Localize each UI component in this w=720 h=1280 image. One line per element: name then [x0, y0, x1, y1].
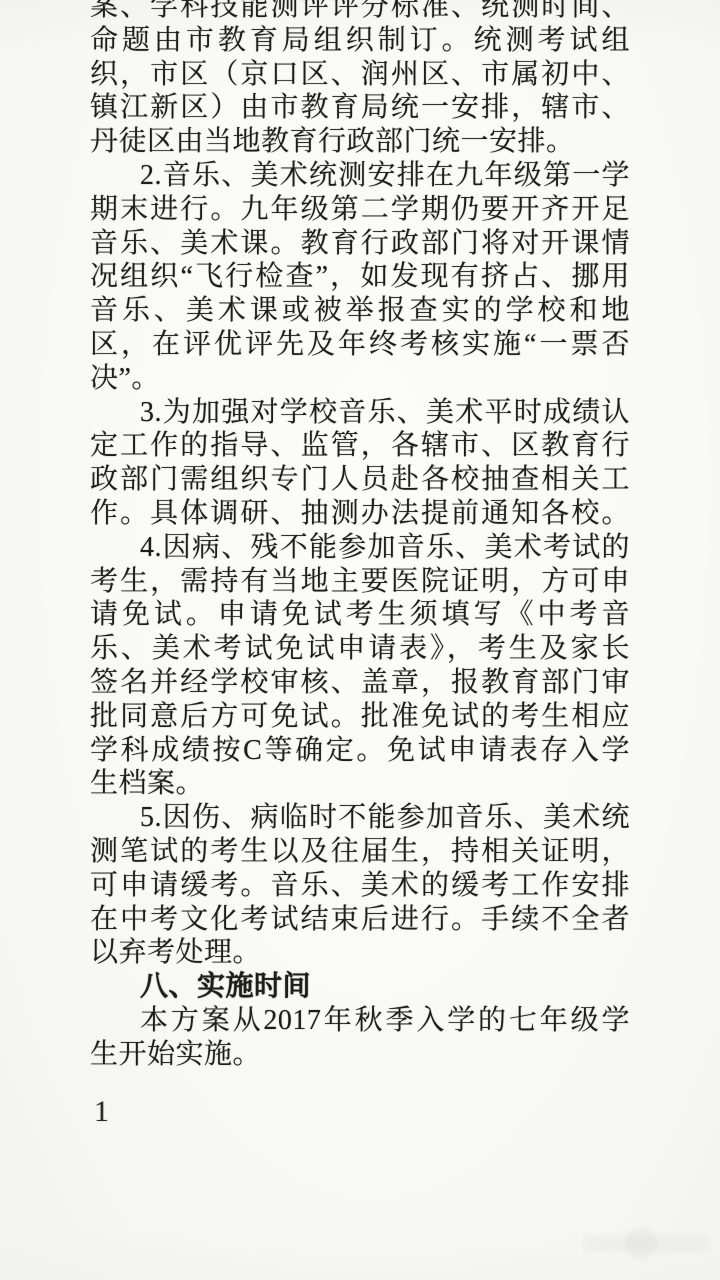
text-line: 织，市区（京口区、润州区、市属初中、 [90, 58, 630, 92]
text-line: 签名并经学校审核、盖章，报教育部门审 [90, 666, 630, 700]
text-line: 学科成绩按C等确定。免试申请表存入学 [90, 734, 630, 768]
text-line: 政部门需组织专门人员赴各校抽查相关工 [90, 463, 630, 497]
screenshot-root: { "document": { "language": "zh-CN", "pa… [0, 0, 720, 1280]
text-line: 镇江新区）由市教育局统一安排，辖市、 [90, 91, 630, 125]
text-line: 批同意后方可免试。批准免试的考生相应 [90, 700, 630, 734]
text-line: 生开始实施。 [90, 1038, 630, 1072]
text-line: 本方案从2017年秋季入学的七年级学 [90, 1004, 630, 1038]
text-line: 请免试。申请免试考生须填写《中考音 [90, 598, 630, 632]
text-line: 况组织“飞行检查”，如发现有挤占、挪用 [90, 260, 630, 294]
text-line: 期末进行。九年级第二学期仍要开齐开足 [90, 193, 630, 227]
text-line: 3.为加强对学校音乐、美术平时成绩认 [90, 396, 630, 430]
text-line: 决”。 [90, 362, 630, 396]
text-line: 以弃考处理。 [90, 936, 630, 970]
text-line: 考生，需持有当地主要医院证明，方可申 [90, 565, 630, 599]
section-heading: 八、实施时间 [90, 970, 630, 1004]
text-line: 区，在评优评先及年终考核实施“一票否 [90, 328, 630, 362]
text-line: 乐、美术考试免试申请表》，考生及家长 [90, 632, 630, 666]
text-line: 在中考文化考试结束后进行。手续不全者 [90, 903, 630, 937]
text-line: 2.音乐、美术统测安排在九年级第一学 [90, 159, 630, 193]
document-body: 案、学科技能测评评分标准、统测时间、命题由市教育局组织制订。统测考试组织，市区（… [90, 0, 630, 1072]
text-line: 命题由市教育局组织制订。统测考试组 [90, 24, 630, 58]
text-line: 丹徒区由当地教育行政部门统一安排。 [90, 125, 630, 159]
text-line: 可申请缓考。音乐、美术的缓考工作安排 [90, 869, 630, 903]
text-line: 测笔试的考生以及往届生，持相关证明， [90, 835, 630, 869]
text-line: 案、学科技能测评评分标准、统测时间、 [90, 0, 630, 24]
text-line: 音乐、美术课。教育行政部门将对开课情 [90, 227, 630, 261]
text-line: 音乐、美术课或被举报查实的学校和地 [90, 294, 630, 328]
page-number: 1 [94, 1097, 109, 1127]
text-line: 作。具体调研、抽测办法提前通知各校。 [90, 497, 630, 531]
text-line: 4.因病、残不能参加音乐、美术考试的 [90, 531, 630, 565]
text-line: 5.因伤、病临时不能参加音乐、美术统 [90, 801, 630, 835]
text-line: 定工作的指导、监管，各辖市、区教育行 [90, 429, 630, 463]
text-line: 生档案。 [90, 767, 630, 801]
